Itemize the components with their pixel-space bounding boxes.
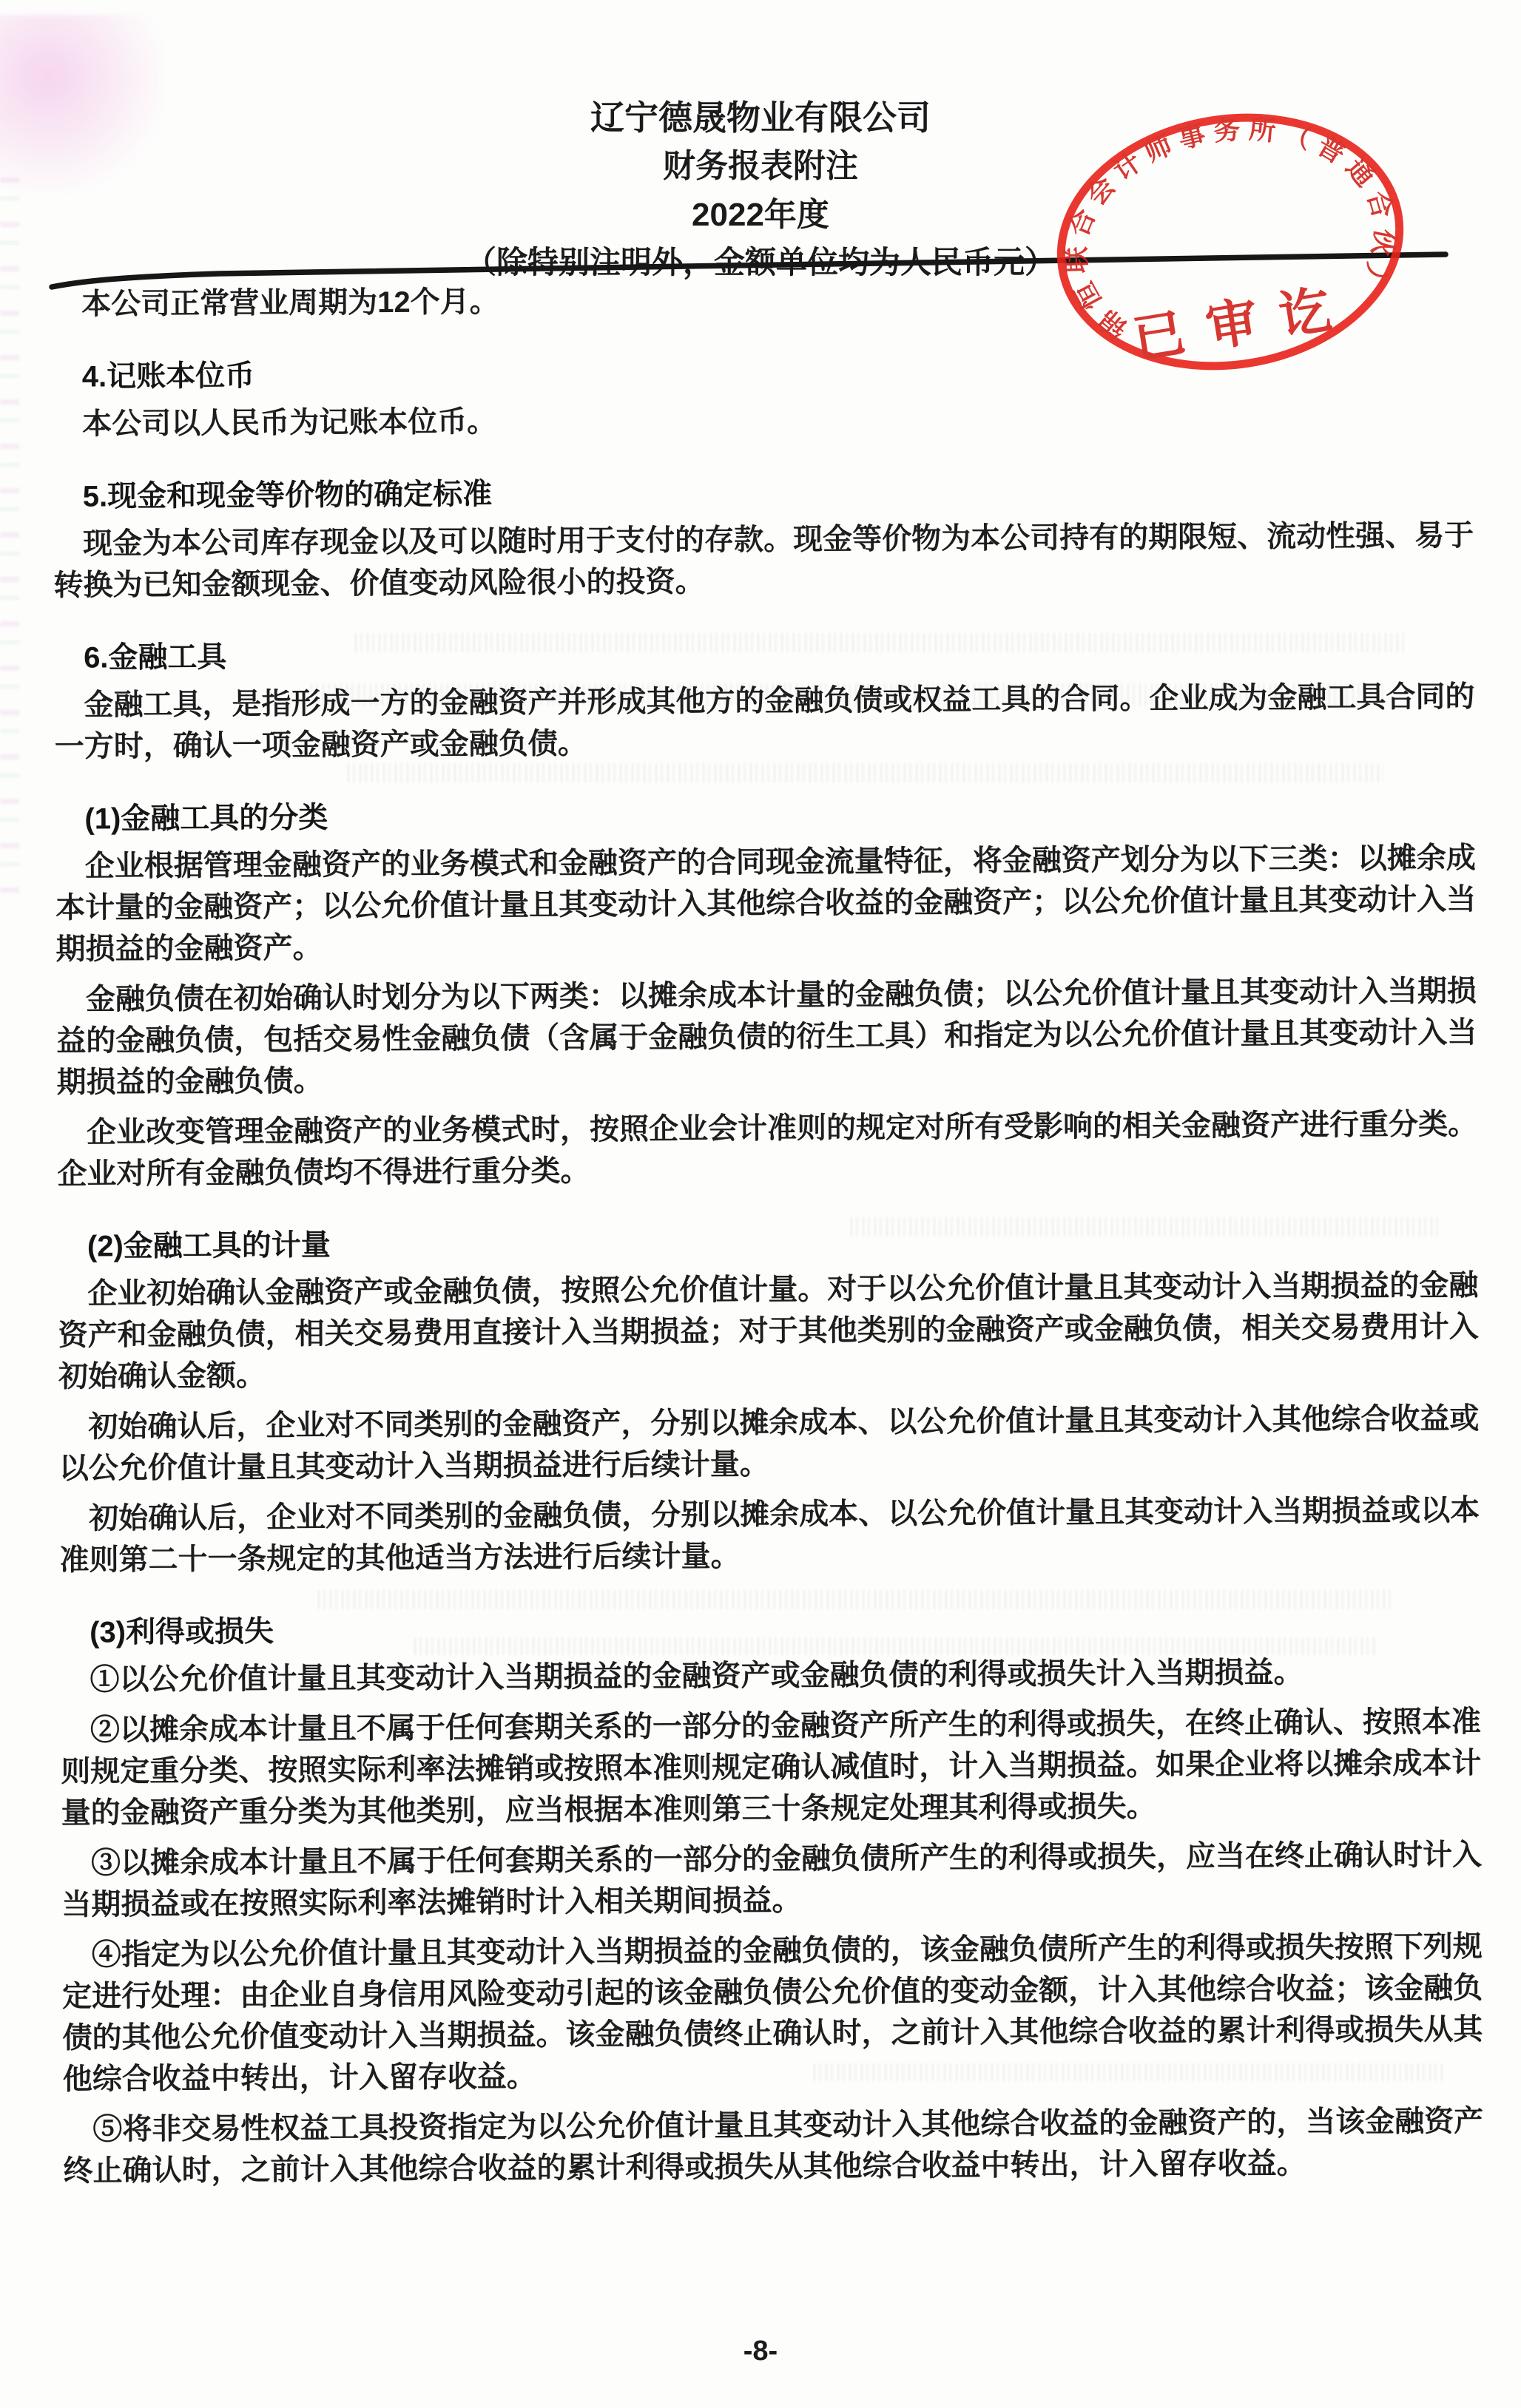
paragraph-liability-classification: 金融负债在初始确认时划分为以下两类：以摊余成本计量的金融负债；以公允价值计量且其… <box>56 970 1477 1103</box>
paragraph-asset-classification: 企业根据管理金融资产的业务模式和金融资产的合同现金流量特征，将金融资产划分为以下… <box>55 837 1477 970</box>
subsection-heading-measurement: (2)金融工具的计量 <box>58 1217 1478 1268</box>
section-heading-6: 6.金融工具 <box>54 629 1474 679</box>
paragraph-reclassification: 企业改变管理金融资产的业务模式时，按照企业会计准则的规定对所有受影响的相关金融资… <box>57 1103 1478 1195</box>
page-number: -8- <box>0 2336 1521 2367</box>
paragraph-item-2: ②以摊余成本计量且不属于任何套期关系的一部分的金融资产所产生的利得或损失，在终止… <box>61 1701 1482 1834</box>
subsection-heading-classification: (1)金融工具的分类 <box>55 790 1475 840</box>
paragraph-item-1: ①以公允价值计量且其变动计入当期损益的金融资产或金融负债的利得或损失计入当期损益… <box>60 1651 1480 1701</box>
section-heading-4: 4.记账本位币 <box>53 348 1473 398</box>
left-edge-artifact <box>0 177 19 902</box>
paragraph-item-3: ③以摊余成本计量且不属于任何套期关系的一部分的金融负债所产生的利得或损失，应当在… <box>61 1834 1483 1926</box>
paragraph-item-4: ④指定为以公允价值计量且其变动计入当期损益的金融负债的，该金融负债所产生的利得或… <box>62 1926 1483 2100</box>
notes-body: 本公司正常营业周期为12个月。 4.记账本位币 本公司以人民币为记账本位币。 5… <box>52 275 1484 2201</box>
subsection-heading-gains-losses: (3)利得或损失 <box>60 1603 1480 1654</box>
paragraph-initial-measurement: 企业初始确认金融资产或金融负债，按照公允价值计量。对于以公允价值计量且其变动计入… <box>58 1265 1479 1398</box>
paragraph-subsequent-liabilities: 初始确认后，企业对不同类别的金融负债，分别以摊余成本、以公允价值计量且其变动计入… <box>59 1489 1480 1581</box>
paragraph-operating-cycle: 本公司正常营业周期为12个月。 <box>52 275 1472 325</box>
paragraph-financial-instruments: 金融工具，是指形成一方的金融资产并形成其他方的金融负债或权益工具的合同。企业成为… <box>54 676 1475 768</box>
scanned-document-page: 辽宁德晟物业有限公司 财务报表附注 2022年度 （除特别注明外，金额单位均为人… <box>0 0 1521 2408</box>
paragraph-item-5: ⑤将非交易性权益工具投资指定为以公允价值计量且其变动计入其他综合收益的金融资产的… <box>63 2100 1484 2192</box>
paragraph-functional-currency: 本公司以人民币为记账本位币。 <box>53 395 1473 445</box>
paragraph-cash-equivalents: 现金为本公司库存现金以及可以随时用于支付的存款。现金等价物为本公司持有的期限短、… <box>53 515 1474 606</box>
paragraph-subsequent-assets: 初始确认后，企业对不同类别的金融资产，分别以摊余成本、以公允价值计量且其变动计入… <box>58 1398 1480 1489</box>
section-heading-5: 5.现金和现金等价物的确定标准 <box>53 467 1474 518</box>
